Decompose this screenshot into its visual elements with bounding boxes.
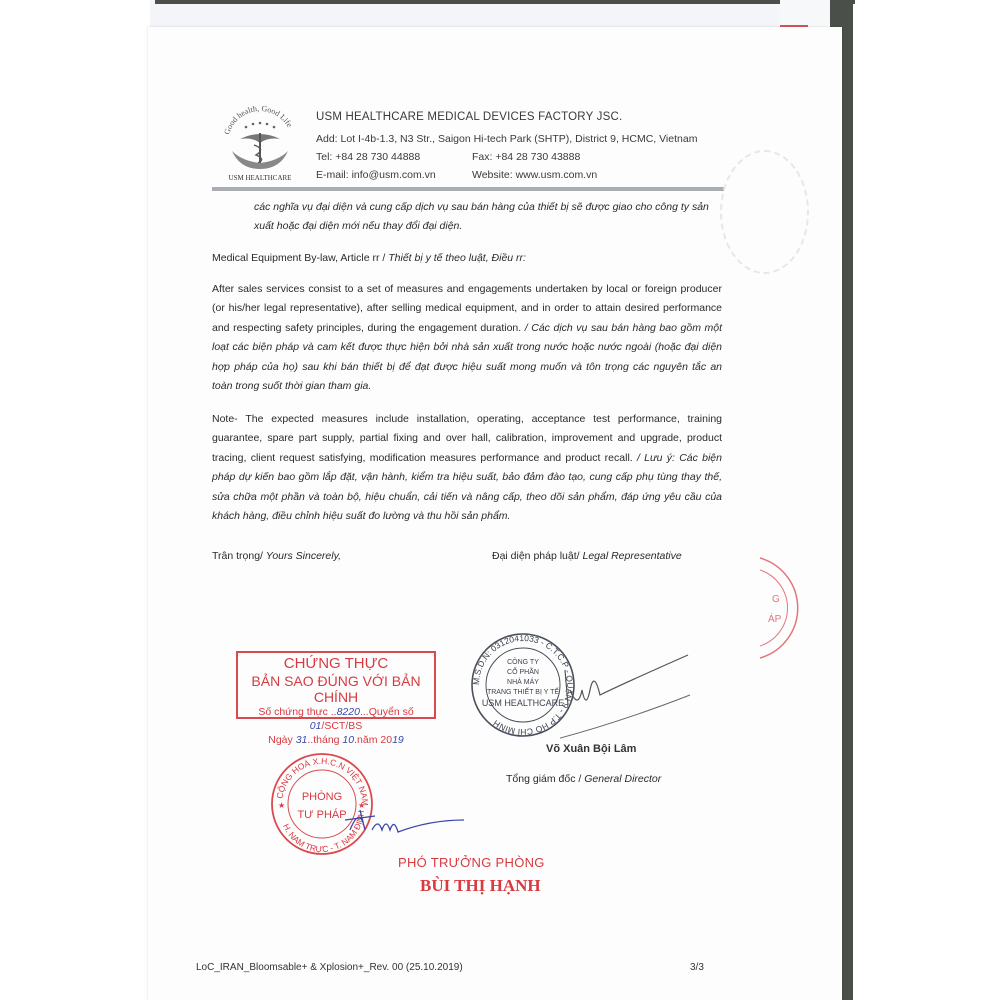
paragraph-line: hợp pháp của họ) sau khi bán thiết bị để…: [212, 358, 722, 377]
deputy-head-name: BÙI THỊ HẠNH: [420, 876, 541, 896]
deputy-head-title: PHÓ TRƯỞNG PHÒNG: [398, 855, 545, 870]
svg-text:ÁP: ÁP: [768, 612, 782, 625]
paragraph-line: loạt các biện pháp và cam kết được thực …: [212, 338, 722, 357]
partial-red-seal-icon: G ÁP: [760, 550, 820, 665]
paragraph-line: khách hàng, điều chỉnh hiệu suất đo lườn…: [212, 507, 722, 526]
paragraph-line: toàn trong suốt thời gian tham gia.: [212, 377, 722, 396]
closing-sincerely: Trân trọng/ Yours Sincerely,: [212, 547, 341, 566]
svg-text:USM HEALTHCARE: USM HEALTHCARE: [229, 174, 292, 182]
paragraph-line: sửa chữa một phần và toàn bộ, hiệu chuẩn…: [212, 488, 722, 507]
article-heading-vi: Thiết bị y tế theo luật, Điều rr:: [388, 252, 526, 264]
svg-text:Good health, Good Life: Good health, Good Life: [222, 104, 294, 136]
paragraph-line: (or his/her legal representative), after…: [212, 299, 722, 318]
company-address: Add: Lot I-4b-1.3, N3 Str., Saigon Hi-te…: [316, 133, 697, 145]
cert-year-value: 19: [392, 734, 404, 746]
continuation-line: xuất hoặc đại diện mới nếu thay đổi đại …: [254, 217, 462, 236]
cert-number-value: 8220: [337, 706, 360, 718]
company-email: E-mail: info@usm.com.vn: [316, 169, 436, 181]
faint-seal-watermark: [720, 150, 809, 274]
article-heading-en: Medical Equipment By-law, Article rr /: [212, 252, 388, 264]
svg-text:PHÒNG: PHÒNG: [302, 790, 342, 803]
paragraph-line: guarantee, spare part supply, partial fi…: [212, 429, 722, 448]
director-signature-icon: [560, 650, 700, 750]
company-name: USM HEALTHCARE MEDICAL DEVICES FACTORY J…: [316, 111, 622, 123]
svg-text:G: G: [772, 594, 780, 605]
cert-date-line: Ngày 31..tháng 10.năm 2019: [238, 733, 434, 747]
cert-number-line: Số chứng thực ..8220...Quyển số 01/SCT/B…: [238, 705, 434, 733]
paragraph-line: tracing, client request satisfying, modi…: [212, 449, 722, 468]
cert-title: CHỨNG THỰC: [238, 655, 434, 673]
svg-text:USM HEALTHCARE: USM HEALTHCARE: [482, 698, 564, 708]
paragraph-line: and respecting safety principles, during…: [212, 319, 722, 338]
continuation-line: các nghĩa vụ đại diện và cung cấp dịch v…: [254, 198, 709, 217]
cert-book-value: 01: [310, 720, 322, 732]
deputy-signature-icon: [340, 800, 470, 850]
svg-text:TRANG THIẾT BỊ Y TẾ: TRANG THIẾT BỊ Y TẾ: [487, 686, 559, 696]
signer-title: Tổng giám đốc / General Director: [506, 770, 661, 789]
closing-legal-rep: Đại diện pháp luật/ Legal Representative: [492, 547, 682, 566]
article-heading: Medical Equipment By-law, Article rr / T…: [212, 249, 526, 268]
signer-name: Võ Xuân Bội Lâm: [546, 743, 636, 755]
company-fax: Fax: +84 28 730 43888: [472, 151, 580, 163]
company-website: Website: www.usm.com.vn: [472, 169, 597, 181]
company-tel: Tel: +84 28 730 44888: [316, 151, 420, 163]
svg-text:NHÀ MÁY: NHÀ MÁY: [507, 677, 539, 686]
cert-subtitle: BẢN SAO ĐÚNG VỚI BẢN CHÍNH: [238, 673, 434, 705]
paragraph-line: After sales services consist to a set of…: [212, 280, 722, 299]
paragraph-line: pháp dự kiến bao gồm lắp đặt, vận hành, …: [212, 468, 722, 487]
svg-text:CỔ PHẦN: CỔ PHẦN: [507, 666, 539, 676]
cert-month-value: 10: [342, 734, 354, 746]
cert-day-value: 31: [296, 734, 308, 746]
usm-healthcare-logo-icon: Good health, Good Life USM HEALTHCARE: [218, 103, 302, 183]
footer-document-reference: LoC_IRAN_Bloomsable+ & Xplosion+_Rev. 00…: [196, 962, 463, 973]
paragraph-line: Note- The expected measures include inst…: [212, 410, 722, 429]
footer-page-number: 3/3: [690, 962, 704, 973]
certification-stamp: CHỨNG THỰC BẢN SAO ĐÚNG VỚI BẢN CHÍNH Số…: [236, 651, 436, 719]
header-divider: [212, 187, 724, 191]
svg-text:★: ★: [278, 801, 285, 810]
background-sheet-edge: [155, 0, 855, 4]
svg-text:CÔNG TY: CÔNG TY: [507, 657, 539, 666]
